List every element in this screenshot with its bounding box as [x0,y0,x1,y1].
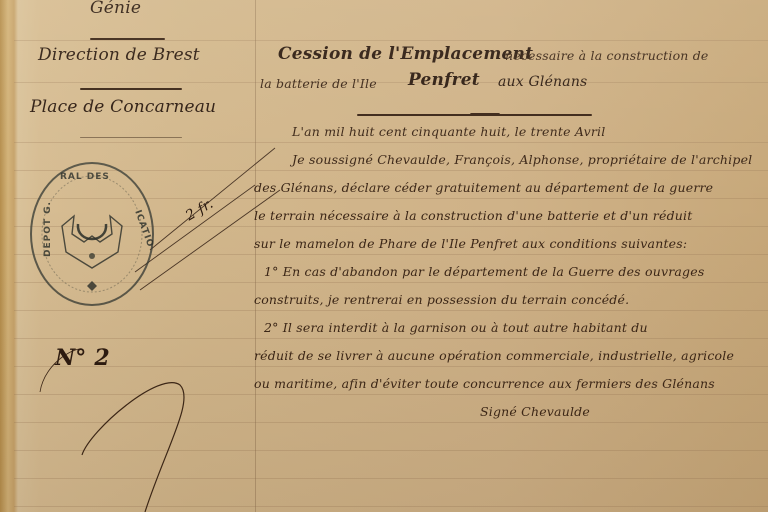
stamp-top-text: RAL DES [60,172,110,182]
official-stamp: RAL DES DEPOT G. ICATIO [30,162,154,306]
stamp-left-text: DEPOT G. [43,201,53,257]
document-page: Génie Direction de Brest Place de Concar… [0,0,768,512]
document-number: N° 2 [55,345,110,371]
